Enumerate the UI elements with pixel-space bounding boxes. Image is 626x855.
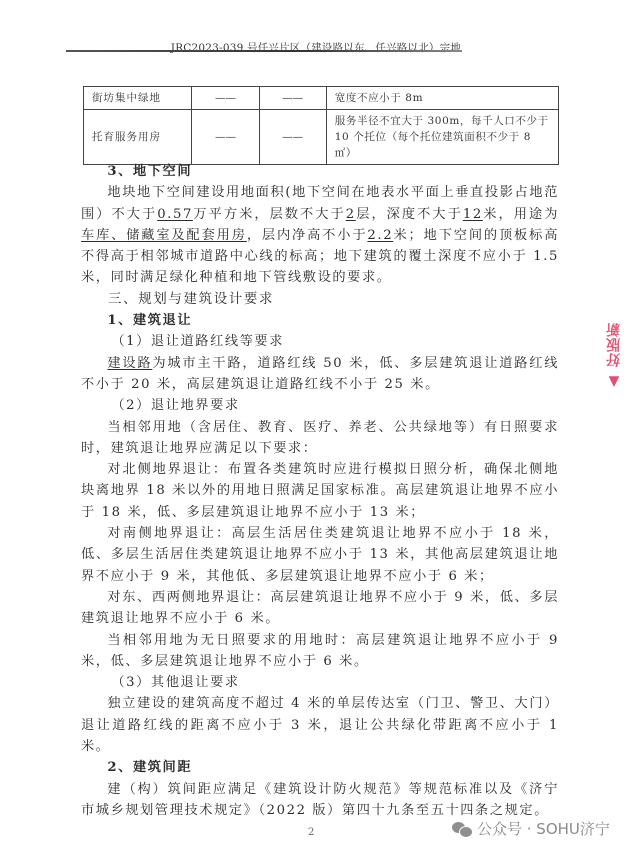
table-row: 托育服务用房 —— —— 服务半径不宜大于 300m，每千人口不少于 10 个托… <box>84 110 559 165</box>
document-header: JRC2023-039 号任兴片区（建设路以东、任兴路以北）宗地 <box>67 40 461 55</box>
section-heading-spacing: 2、建筑间距 <box>81 757 559 778</box>
text-run: 为城市主干路，道路红线 50 米，低、多层建筑退让道路红线不小于 20 米，高层… <box>81 356 559 392</box>
table-cell-requirement: 服务半径不宜大于 300m，每千人口不少于 10 个托位（每个托位建筑面积不少于… <box>326 110 558 165</box>
subsection-heading-road: （1）退让道路红线等要求 <box>81 331 559 352</box>
table-cell: —— <box>259 87 326 110</box>
underlined-depth-value: 12 <box>463 207 483 222</box>
paragraph-south-setback: 对南侧地界退让：高层生活居住类建筑退让地界不应小于 18 米，低、多层生活居住类… <box>81 523 559 587</box>
subsection-heading-boundary: （2）退让地界要求 <box>81 395 559 416</box>
wechat-watermark: 公众号 · SOHU济宁 <box>452 818 610 839</box>
table-cell: —— <box>259 110 326 165</box>
paragraph-underground: 地块地下空间建设用地面积(地下空间在地表水平面上垂直投影占地范围）不大于0.57… <box>81 182 559 288</box>
wechat-icon <box>452 821 472 837</box>
table-cell-requirement: 宽度不应小于 8m <box>326 87 558 110</box>
header-divider <box>66 50 462 52</box>
paragraph-spacing: 建（构）筑间距应满足《建筑设计防火规范》等规范标准以及《济宁市城乡规划管理技术规… <box>81 779 559 822</box>
text-run: 层，深度不大于 <box>356 207 463 222</box>
paragraph-north-setback: 对北侧地界退让：布置各类建筑时应进行模拟日照分析，确保北侧地块离地界 18 米以… <box>81 459 559 523</box>
paragraph-no-sunlight-setback: 当相邻用地为无日照要求的用地时：高层建筑退让地界不应小于 9 米，低、多层建筑退… <box>81 630 559 673</box>
text-run: ，层内净高不小于 <box>247 228 368 243</box>
underlined-use-value: 车库、储藏室及配套用房 <box>81 228 247 243</box>
paragraph-boundary-intro: 当相邻用地（含居住、教育、医疗、养老、公共绿地等）有日照要求时，建筑退让地界应满… <box>81 417 559 460</box>
section-heading-setback: 1、建筑退让 <box>81 310 559 331</box>
text-run: 米，用途为 <box>483 207 559 222</box>
subsection-heading-other: （3）其他退让要求 <box>81 672 559 693</box>
page-number: 2 <box>308 827 314 838</box>
table-cell-name: 托育服务用房 <box>84 110 192 165</box>
underlined-area-value: 0.57 <box>157 207 193 222</box>
underlined-road-name: 建设路 <box>107 356 152 371</box>
table-cell: —— <box>192 110 259 165</box>
table-row: 街坊集中绿地 —— —— 宽度不应小于 8m <box>84 87 559 110</box>
paragraph-other-setback: 独立建设的建筑高度不超过 4 米的单层传达室（门卫、警卫、大门）退让道路红线的距… <box>81 693 559 757</box>
underlined-floors-value: 2 <box>346 207 356 222</box>
watermark-text: 公众号 · SOHU济宁 <box>477 818 610 839</box>
paragraph-road-setback: 建设路为城市主干路，道路红线 50 米，低、多层建筑退让道路红线不小于 20 米… <box>81 353 559 396</box>
paragraph-east-west-setback: 对东、西两侧地界退让：高层建筑退让地界不应小于 9 米，低、多层建筑退让地界不应… <box>81 587 559 630</box>
chapter-heading-planning: 三、规划与建筑设计要求 <box>81 289 559 310</box>
table-cell: —— <box>192 87 259 110</box>
underlined-height-value: 2.2 <box>367 228 393 243</box>
text-run: 万平方米，层数不大于 <box>193 207 346 222</box>
document-body: 3、地下空间 地块地下空间建设用地面积(地下空间在地表水平面上垂直投影占地范围）… <box>81 161 559 821</box>
table-cell-name: 街坊集中绿地 <box>84 87 192 110</box>
red-stamp-mark: ▲ 好版新 <box>604 322 624 390</box>
requirements-table: 街坊集中绿地 —— —— 宽度不应小于 8m 托育服务用房 —— —— 服务半径… <box>83 86 559 165</box>
section-heading-underground: 3、地下空间 <box>81 161 559 182</box>
